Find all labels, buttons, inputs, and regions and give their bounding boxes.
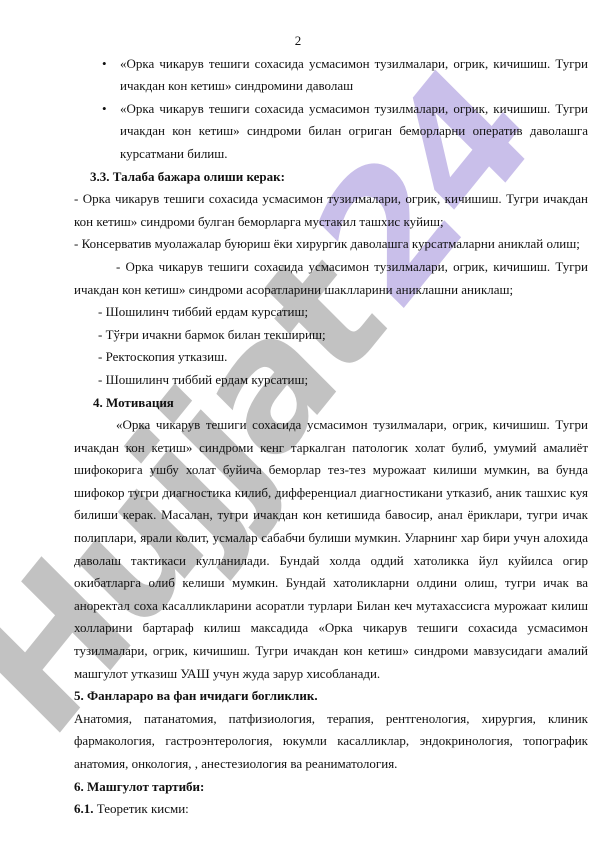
subsection-6-1: 6.1. Теоретик кисми: xyxy=(74,798,588,821)
list-item: - Орка чикарув тешиги сохасида усмасимон… xyxy=(74,188,588,233)
section-heading-3-3: 3.3. Талаба бажара олиши керак: xyxy=(74,166,588,189)
page-number: 2 xyxy=(0,30,596,53)
subsection-6-1-text: Теоретик кисми: xyxy=(94,801,189,816)
section-heading-6: 6. Машгулот тартиби: xyxy=(74,776,588,799)
motivation-paragraph: «Орка чикарув тешиги сохасида усмасимон … xyxy=(74,414,588,685)
bullet-text: «Орка чикарув тешиги сохасида усмасимон … xyxy=(120,101,588,161)
bullet-icon: • xyxy=(102,98,107,121)
bullet-icon: • xyxy=(102,53,107,76)
interdisciplinary-paragraph: Анатомия, патанатомия, патфизиология, те… xyxy=(74,708,588,776)
section-heading-5: 5. Фанлараро ва фан ичидаги богликлик. xyxy=(74,685,588,708)
list-item: • «Орка чикарув тешиги сохасида усмасимо… xyxy=(74,98,588,166)
subsection-6-1-label: 6.1. xyxy=(74,801,94,816)
bullet-text: «Орка чикарув тешиги сохасида усмасимон … xyxy=(120,56,588,94)
list-item: • «Орка чикарув тешиги сохасида усмасимо… xyxy=(74,53,588,98)
list-item: - Ректоскопия утказиш. xyxy=(74,346,588,369)
list-item: - Шошилинч тиббий ердам курсатиш; xyxy=(74,369,588,392)
list-item: - Орка чикарув тешиги сохасида усмасимон… xyxy=(74,256,588,301)
document-body: • «Орка чикарув тешиги сохасида усмасимо… xyxy=(74,53,588,821)
list-item: - Консерватив муолажалар буюриш ёки хиру… xyxy=(74,233,588,256)
section-heading-4: 4. Мотивация xyxy=(74,392,588,415)
list-item: - Шошилинч тиббий ердам курсатиш; xyxy=(74,301,588,324)
document-page: 2 • «Орка чикарув тешиги сохасида усмаси… xyxy=(0,30,596,821)
list-item: - Тўғри ичакни бармок билан текшириш; xyxy=(74,324,588,347)
